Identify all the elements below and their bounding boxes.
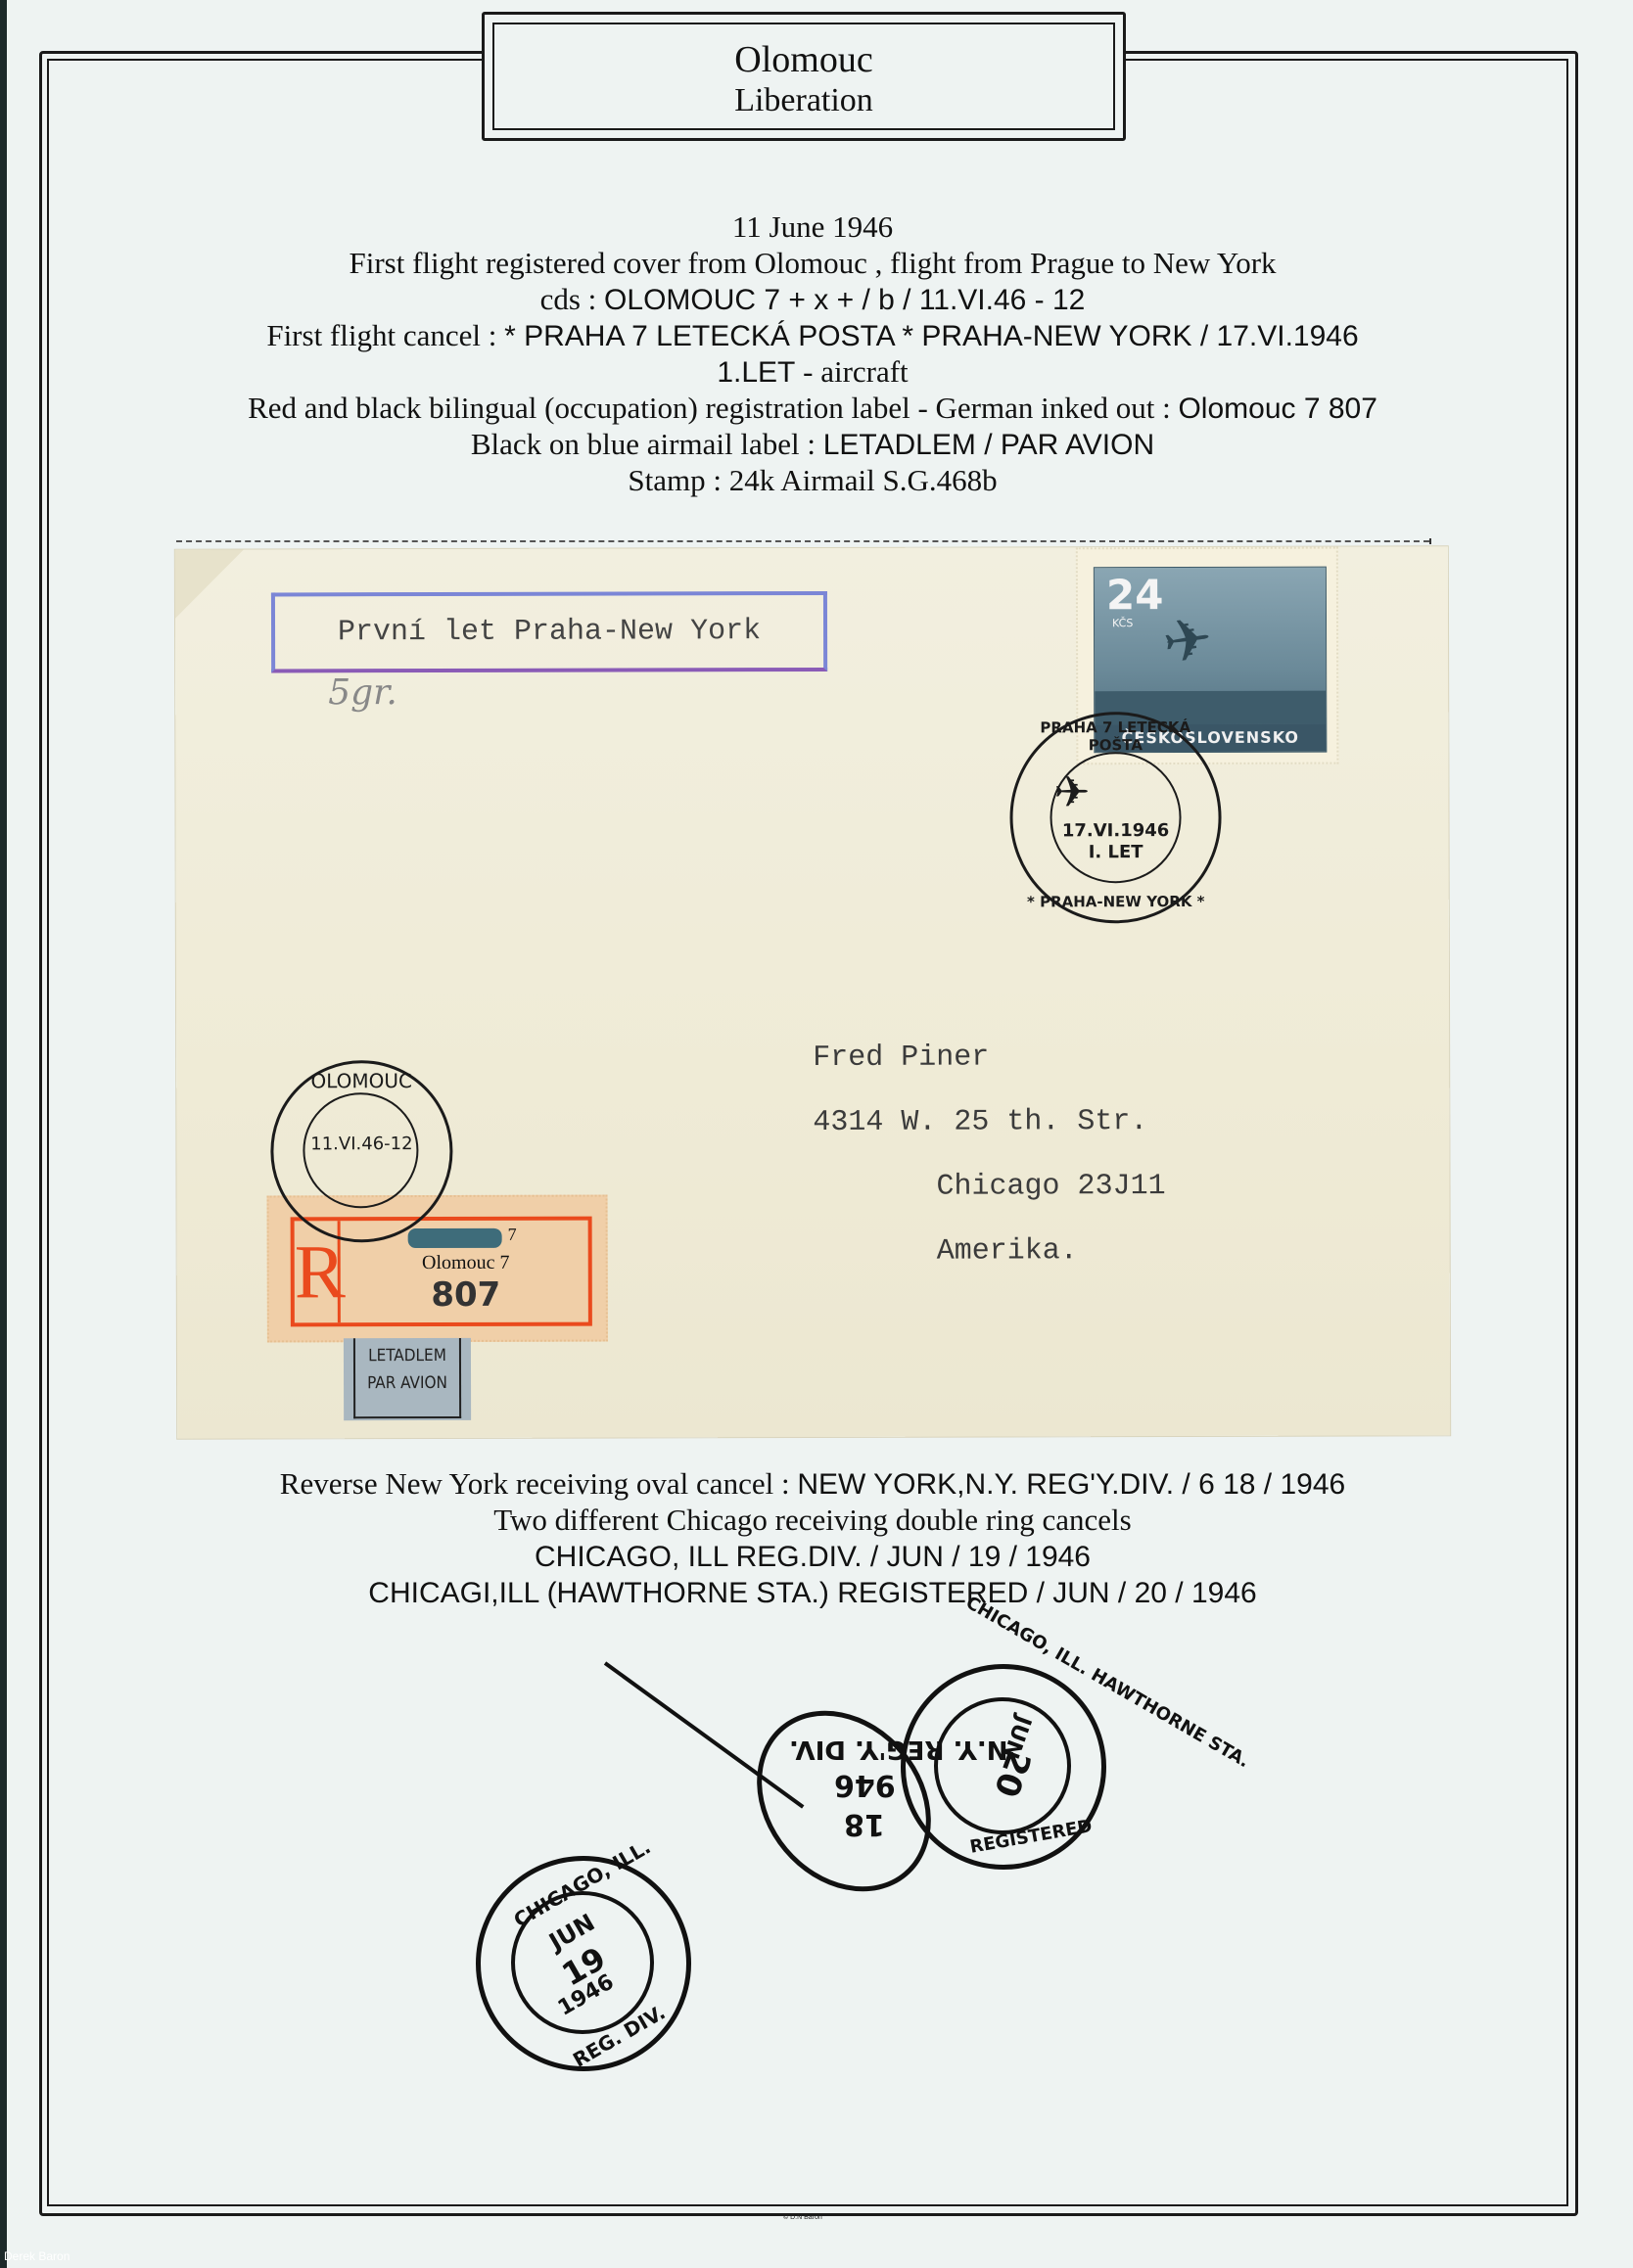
title-box: Olomouc Liberation	[482, 12, 1126, 141]
description-line: Two different Chicago receiving double r…	[59, 1503, 1566, 1539]
page-title: Olomouc	[494, 38, 1113, 81]
scan-edge	[0, 0, 7, 2268]
description-line: First flight cancel : * PRAHA 7 LETECKÁ …	[59, 318, 1566, 354]
page-subtitle: Liberation	[494, 81, 1113, 120]
airmail-label: LETADLEM PAR AVION	[344, 1338, 471, 1420]
first-flight-cachet: První let Praha-New York	[271, 591, 827, 672]
description-line: cds : OLOMOUC 7 + x + / b / 11.VI.46 - 1…	[59, 282, 1566, 318]
description-line: First flight registered cover from Olomo…	[59, 246, 1566, 282]
description-line: Black on blue airmail label : LETADLEM /…	[59, 427, 1566, 463]
description-line: Red and black bilingual (occupation) reg…	[59, 391, 1566, 427]
registration-number: 807	[344, 1275, 588, 1316]
description-top: 11 June 1946First flight registered cove…	[59, 209, 1566, 499]
envelope-cover: První let Praha-New York 5gr. 24 KČS ✈ Č…	[175, 546, 1450, 1438]
copyright-text: © D.N Baron	[783, 2214, 822, 2221]
mount-edge-top	[176, 540, 1429, 542]
watermark-text: Derek Baron	[4, 2249, 70, 2263]
airplane-icon: ✈	[1158, 604, 1217, 678]
stamp-currency: KČS	[1112, 617, 1133, 629]
address-line: 4314 W. 25 th. Str.	[813, 1105, 1147, 1139]
description-line: Reverse New York receiving oval cancel :…	[59, 1466, 1566, 1503]
stamp-value: 24	[1106, 574, 1164, 617]
registration-office: Olomouc 7	[344, 1252, 588, 1275]
description-bottom: Reverse New York receiving oval cancel :…	[59, 1466, 1566, 1611]
address-line: Amerika.	[937, 1234, 1078, 1268]
description-line: CHICAGI,ILL (HAWTHORNE STA.) REGISTERED …	[59, 1575, 1566, 1611]
pencil-note: 5gr.	[328, 672, 397, 713]
description-line: Stamp : 24k Airmail S.G.468b	[59, 463, 1566, 499]
inked-out-german	[408, 1228, 502, 1248]
description-line: 1.LET - aircraft	[59, 354, 1566, 391]
address-line: Chicago 23J11	[936, 1170, 1165, 1204]
envelope-corner	[175, 550, 244, 619]
airplane-icon: ✈	[1053, 767, 1090, 817]
description-line: CHICAGO, ILL REG.DIV. / JUN / 19 / 1946	[59, 1539, 1566, 1575]
description-line: 11 June 1946	[59, 209, 1566, 246]
address-line: Fred Piner	[813, 1041, 989, 1075]
olomouc-cds-cancel: OLOMOUC 11.VI.46-12	[270, 1060, 452, 1242]
praha-first-flight-cancel: PRAHA 7 LETECKÁ POŠTA ✈ 17.VI.1946 I. LE…	[1009, 712, 1222, 924]
